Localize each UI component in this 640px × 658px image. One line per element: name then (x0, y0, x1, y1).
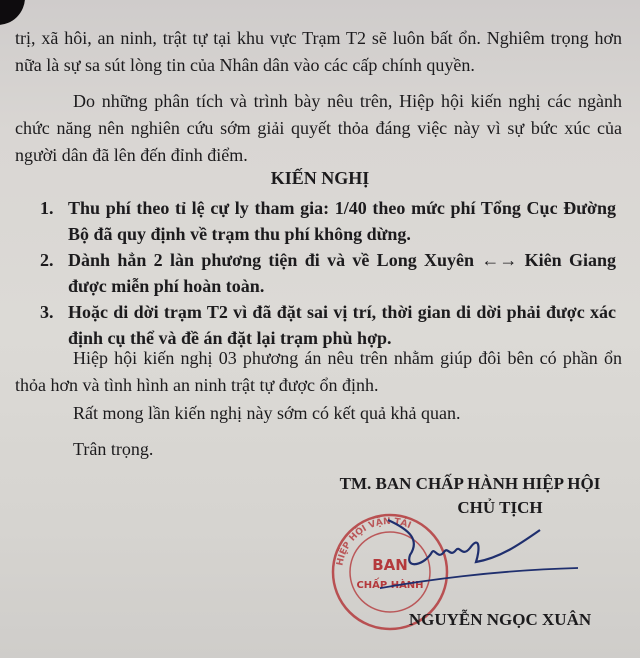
signer-name: NGUYỄN NGỌC XUÂN (330, 610, 640, 630)
item-text: Dành hẳn 2 làn phương tiện đi và về Long… (68, 247, 616, 299)
list-item: 2. Dành hẳn 2 làn phương tiện đi và về L… (68, 247, 616, 299)
list-item: 1. Thu phí theo tỉ lệ cự ly tham gia: 1/… (68, 195, 616, 247)
item-number: 1. (40, 195, 68, 247)
paragraph-closing-3: Trân trọng. (73, 436, 640, 463)
recommendation-list: 1. Thu phí theo tỉ lệ cự ly tham gia: 1/… (68, 195, 616, 351)
paragraph-closing-1: Hiệp hội kiến nghị 03 phương án nêu trên… (15, 345, 622, 399)
item-number: 3. (40, 299, 68, 351)
item-number: 2. (40, 247, 68, 299)
item-text: Thu phí theo tỉ lệ cự ly tham gia: 1/40 … (68, 195, 616, 247)
paragraph-continuation: trị, xã hôi, an ninh, trật tự tại khu vự… (15, 25, 622, 79)
handwritten-signature-icon (380, 510, 580, 590)
signature-org-line: TM. BAN CHẤP HÀNH HIỆP HỘI (300, 474, 640, 494)
list-item: 3. Hoặc di dời trạm T2 vì đã đặt sai vị … (68, 299, 616, 351)
paragraph-analysis: Do những phân tích và trình bày nêu trên… (15, 88, 622, 169)
document-page: trị, xã hôi, an ninh, trật tự tại khu vự… (0, 0, 640, 658)
paragraph-closing-2: Rất mong lần kiến nghị này sớm có kết qu… (73, 400, 640, 427)
section-heading: KIẾN NGHỊ (0, 168, 640, 189)
item-text: Hoặc di dời trạm T2 vì đã đặt sai vị trí… (68, 299, 616, 351)
